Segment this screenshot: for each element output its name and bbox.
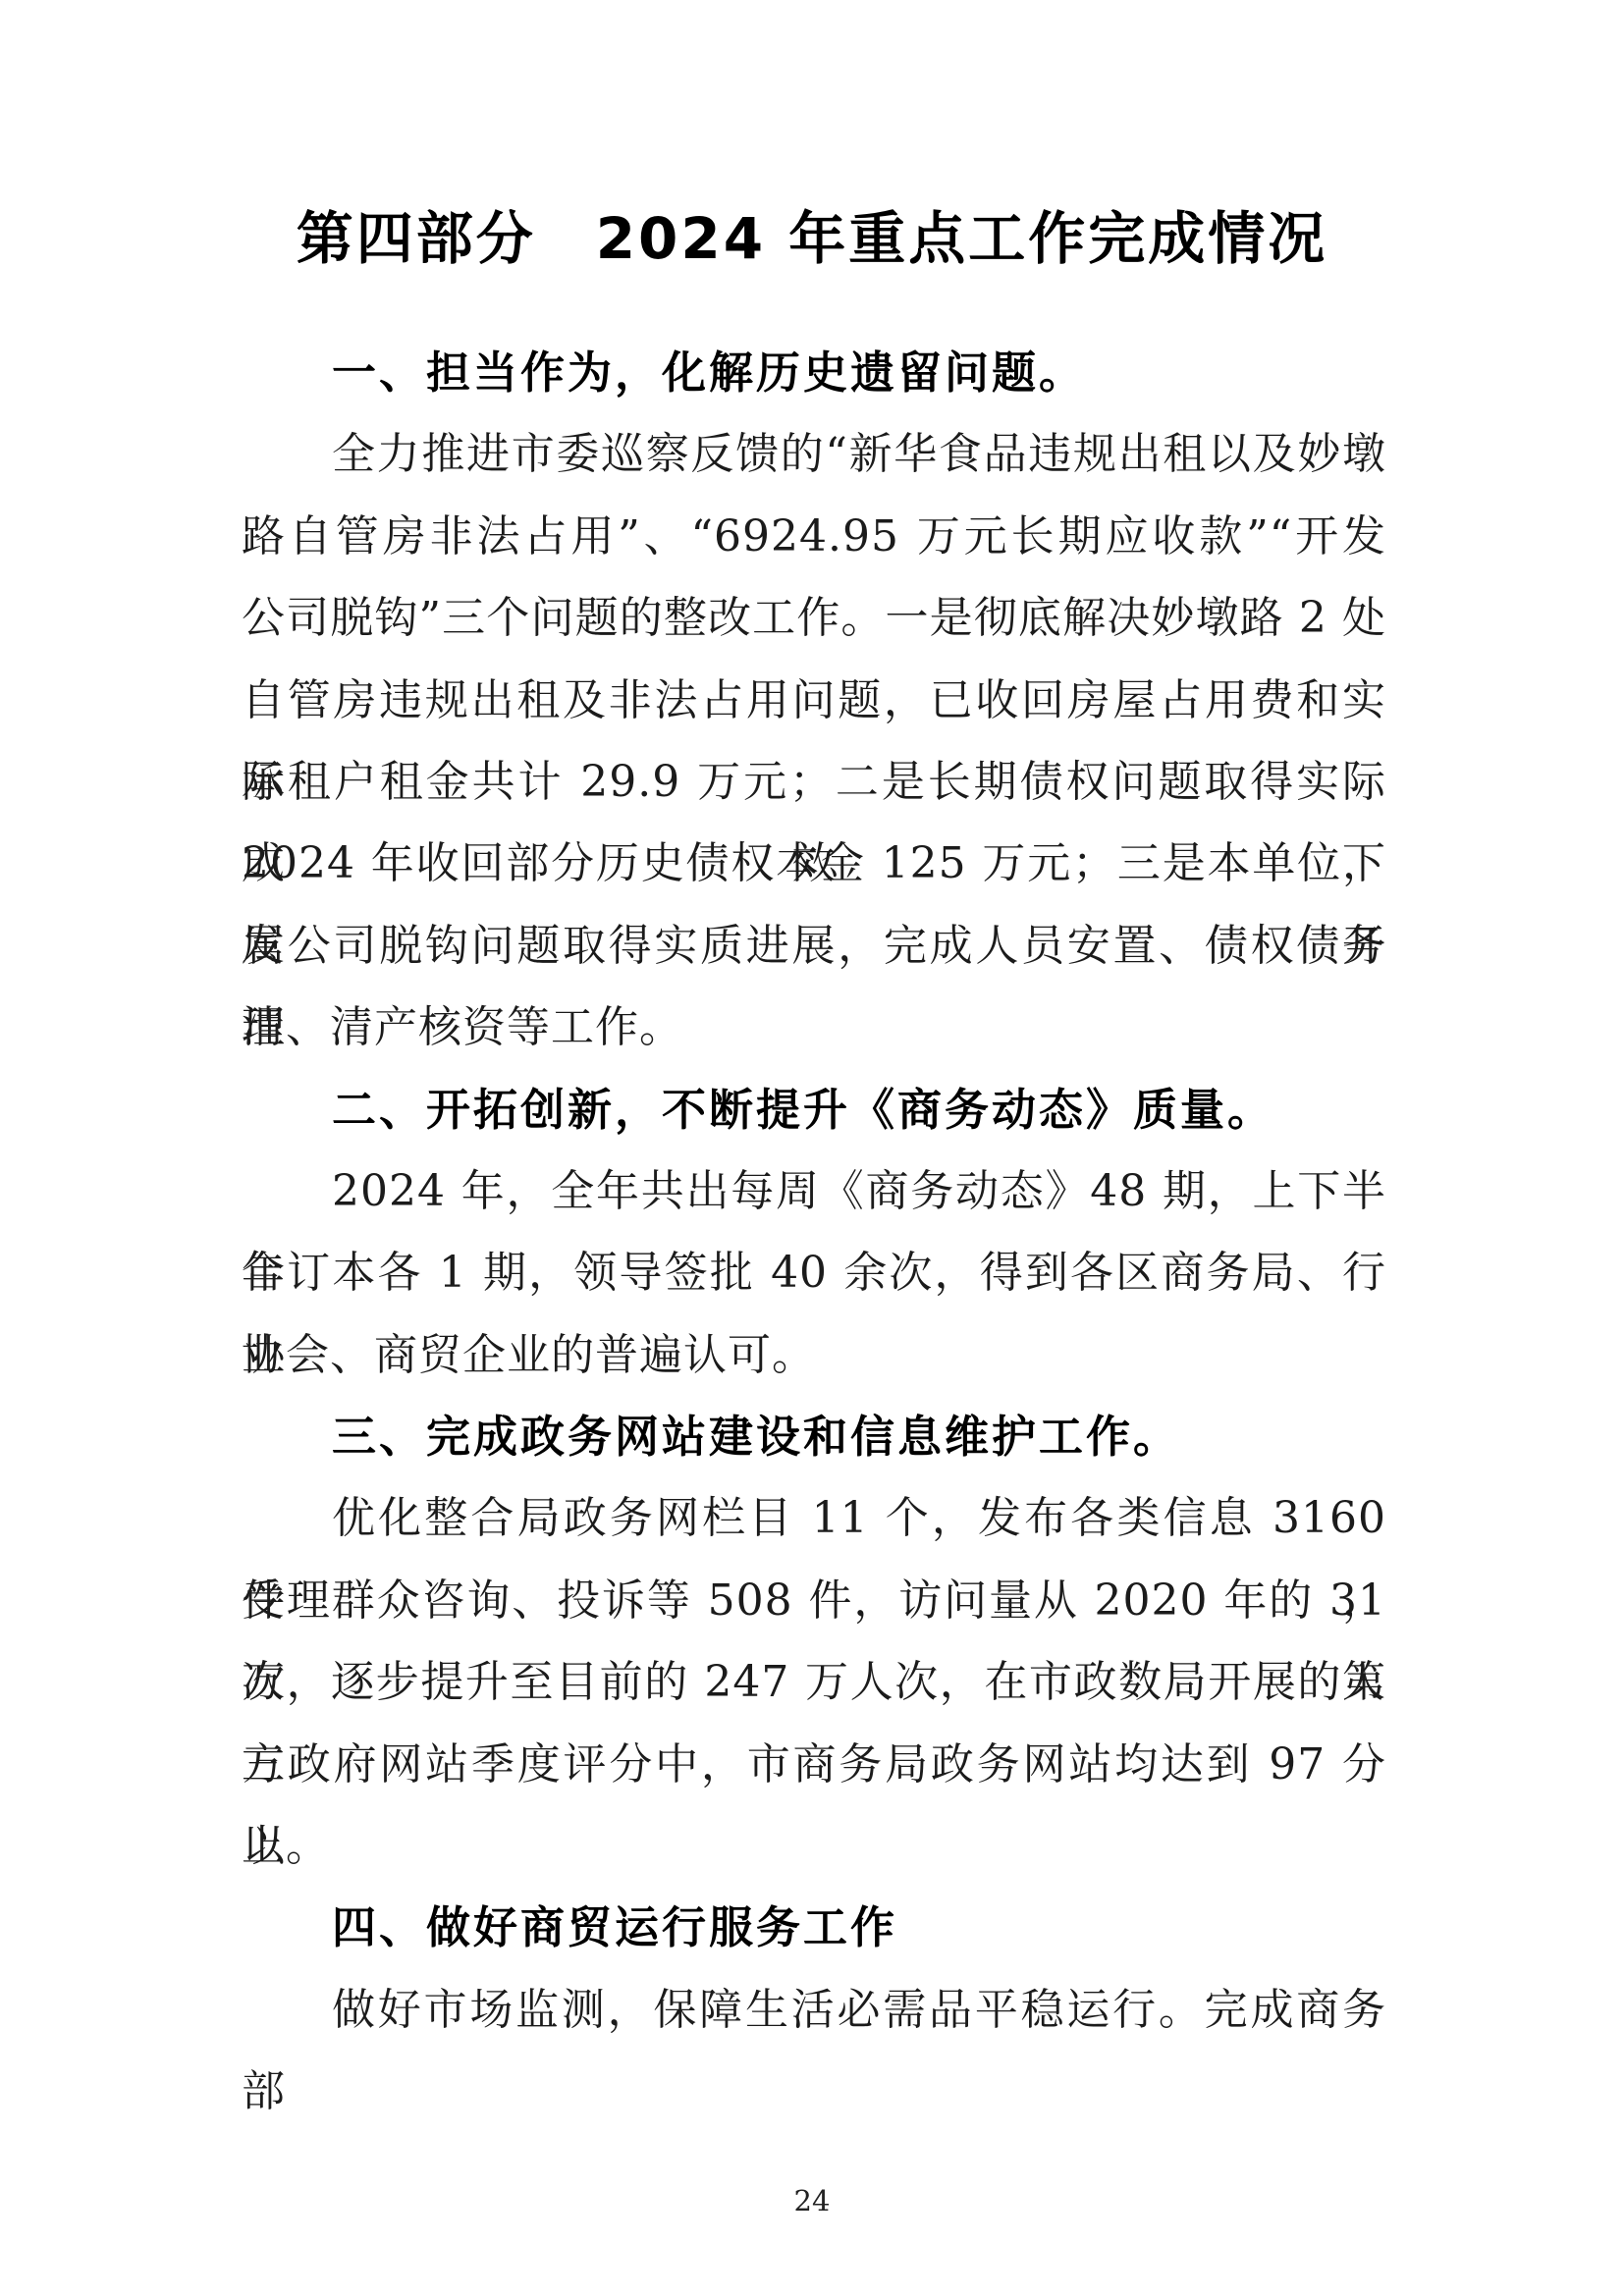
section-2-heading: 二、开拓创新，不断提升《商务动态》质量。: [242, 1069, 1386, 1150]
body-line: 做好市场监测，保障生活必需品平稳运行。完成商务部: [242, 1969, 1386, 2051]
body-line: 自管房违规出租及非法占用问题，已收回房屋占用费和实际: [242, 660, 1386, 741]
body-line: 2024 年，全年共出每周《商务动态》48 期，上下半年: [242, 1150, 1386, 1232]
body-line: 2024 年收回部分历史债权本金 125 万元；三是本单位下属开: [242, 823, 1386, 904]
section-1-heading: 一、担当作为，化解历史遗留问题。: [242, 332, 1386, 413]
body-line: 全力推进市委巡察反馈的“新华食品违规出租以及妙墩: [242, 413, 1386, 495]
page-number: 24: [0, 2185, 1624, 2216]
body-line: 次，逐步提升至目前的 247 万人次，在市政数局开展的第三: [242, 1641, 1386, 1723]
body-line: 协会、商贸企业的普遍认可。: [242, 1314, 1386, 1396]
body-line: 发公司脱钩问题取得实质进展，完成人员安置、债权债务清: [242, 905, 1386, 987]
body-line: 优化整合局政务网栏目 11 个，发布各类信息 3160 件，: [242, 1477, 1386, 1559]
document-title: 第四部分 2024 年重点工作完成情况: [0, 200, 1624, 277]
body-line: 上。: [242, 1805, 1386, 1887]
body-line: 路自管房非法占用”、“6924.95 万元长期应收款”“开发: [242, 496, 1386, 577]
body-line: 受理群众咨询、投诉等 508 件，访问量从 2020 年的 31 万人: [242, 1560, 1386, 1641]
document-page: 第四部分 2024 年重点工作完成情况 一、担当作为，化解历史遗留问题。 全力推…: [0, 0, 1624, 2296]
body-line: 合订本各 1 期，领导签批 40 余次，得到各区商务局、行业: [242, 1232, 1386, 1313]
section-4-heading: 四、做好商贸运行服务工作: [242, 1887, 1386, 1968]
section-3-heading: 三、完成政务网站建设和信息维护工作。: [242, 1396, 1386, 1477]
document-body: 一、担当作为，化解历史遗留问题。 全力推进市委巡察反馈的“新华食品违规出租以及妙…: [242, 332, 1386, 2051]
body-line: 公司脱钩”三个问题的整改工作。一是彻底解决妙墩路 2 处: [242, 577, 1386, 659]
body-line: 承租户租金共计 29.9 万元；二是长期债权问题取得实际成效，: [242, 741, 1386, 823]
body-line: 理、清产核资等工作。: [242, 987, 1386, 1068]
body-line: 方政府网站季度评分中，市商务局政务网站均达到 97 分以: [242, 1724, 1386, 1805]
